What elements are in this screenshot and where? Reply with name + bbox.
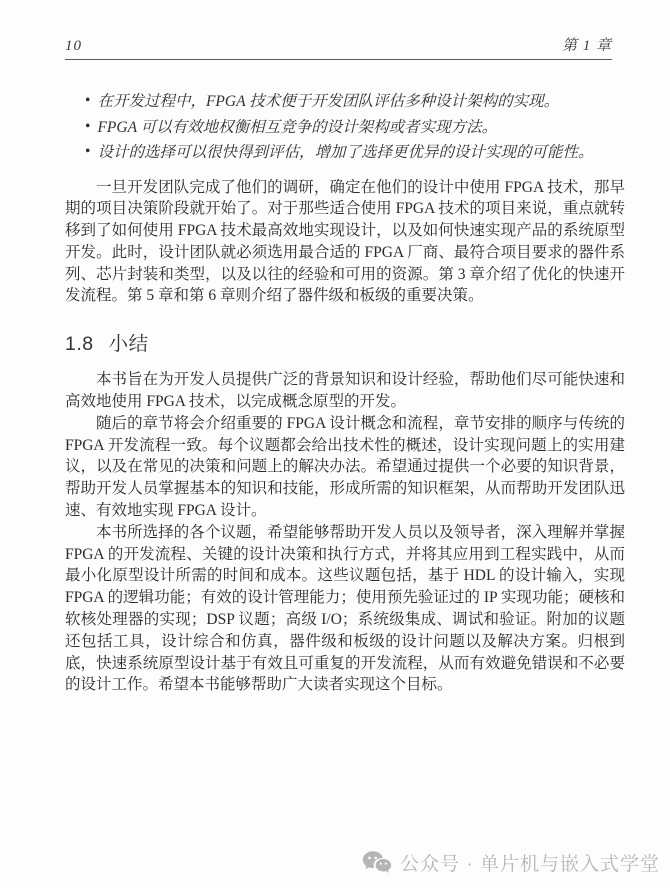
bullet-item: •FPGA 可以有效地权衡相互竞争的设计架构或者实现方法。	[85, 115, 625, 141]
bullet-marker: •	[85, 88, 90, 114]
page-header: 10 第 1 章	[65, 34, 612, 55]
paragraph: 一旦开发团队完成了他们的调研，确定在他们的设计中使用 FPGA 技术，那早期的项…	[65, 177, 625, 308]
paragraph: 随后的章节将会介绍重要的 FPGA 设计概念和流程，章节安排的顺序与传统的 FP…	[65, 413, 625, 522]
bullet-marker: •	[85, 139, 90, 165]
chapter-label: 第 1 章	[562, 34, 612, 55]
page-number: 10	[65, 38, 82, 55]
bullet-text: FPGA 可以有效地权衡相互竞争的设计架构或者实现方法。	[97, 119, 497, 136]
bullet-marker: •	[85, 114, 90, 140]
bullet-item: •设计的选择可以很快得到评估，增加了选择更优异的设计实现的可能性。	[85, 140, 625, 166]
bullet-text: 在开发过程中，FPGA 技术便于开发团队评估多种设计架构的实现。	[97, 93, 559, 110]
section-number: 1.8	[65, 333, 94, 355]
section-title: 小结	[109, 333, 149, 355]
wechat-icon	[362, 850, 392, 875]
watermark: 公众号 · 单片机与嵌入式学堂	[362, 849, 660, 876]
header-rule	[65, 59, 612, 60]
book-page: 10 第 1 章 •在开发过程中，FPGA 技术便于开发团队评估多种设计架构的实…	[0, 0, 670, 888]
bullet-text: 设计的选择可以很快得到评估，增加了选择更优异的设计实现的可能性。	[97, 144, 593, 161]
paragraph: 本书旨在为开发人员提供广泛的背景知识和设计经验，帮助他们尽可能快速和高效地使用 …	[65, 369, 625, 413]
bullet-list: •在开发过程中，FPGA 技术便于开发团队评估多种设计架构的实现。 •FPGA …	[85, 89, 625, 166]
watermark-text: 公众号 · 单片机与嵌入式学堂	[400, 849, 660, 876]
section-heading: 1.8小结	[65, 328, 625, 356]
bullet-item: •在开发过程中，FPGA 技术便于开发团队评估多种设计架构的实现。	[85, 89, 625, 115]
paragraph: 本书所选择的各个议题，希望能够帮助开发人员以及领导者，深入理解并掌握 FPGA …	[65, 522, 625, 696]
